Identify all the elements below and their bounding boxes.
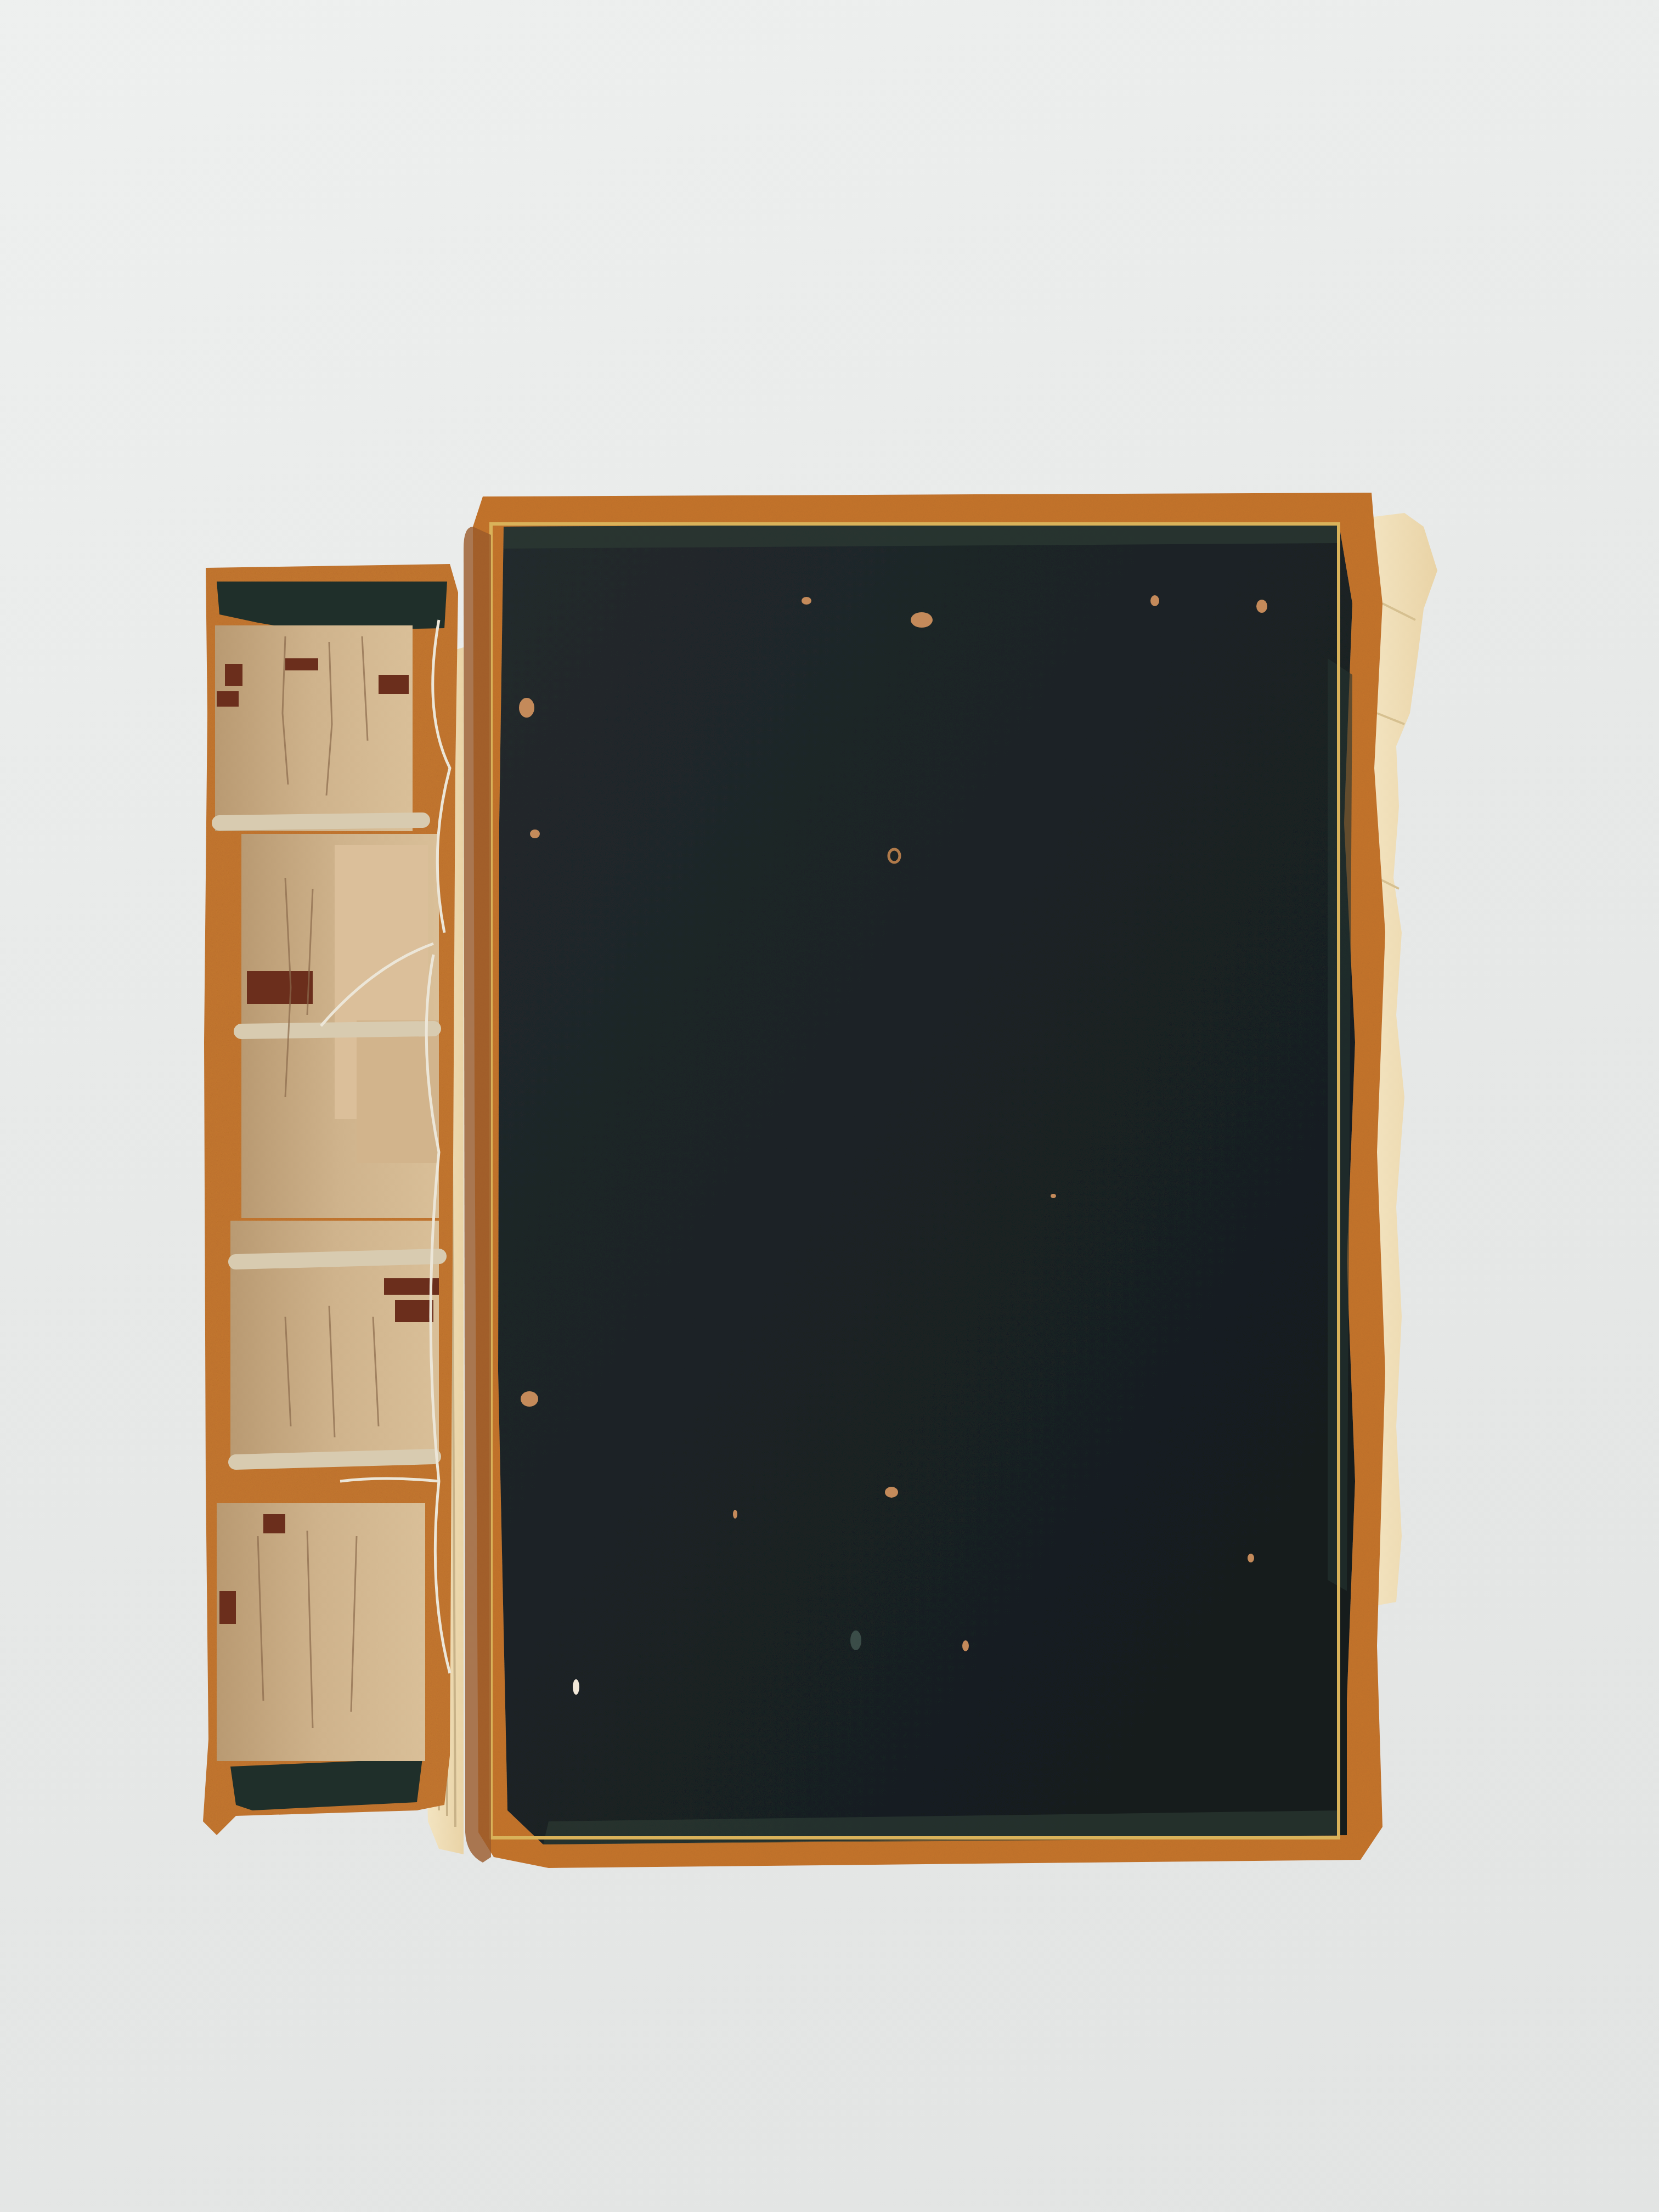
photo-scene [0,0,1659,2212]
front-cover [464,493,1385,1868]
book-illustration [0,0,1659,2212]
detached-spine [203,564,458,1835]
